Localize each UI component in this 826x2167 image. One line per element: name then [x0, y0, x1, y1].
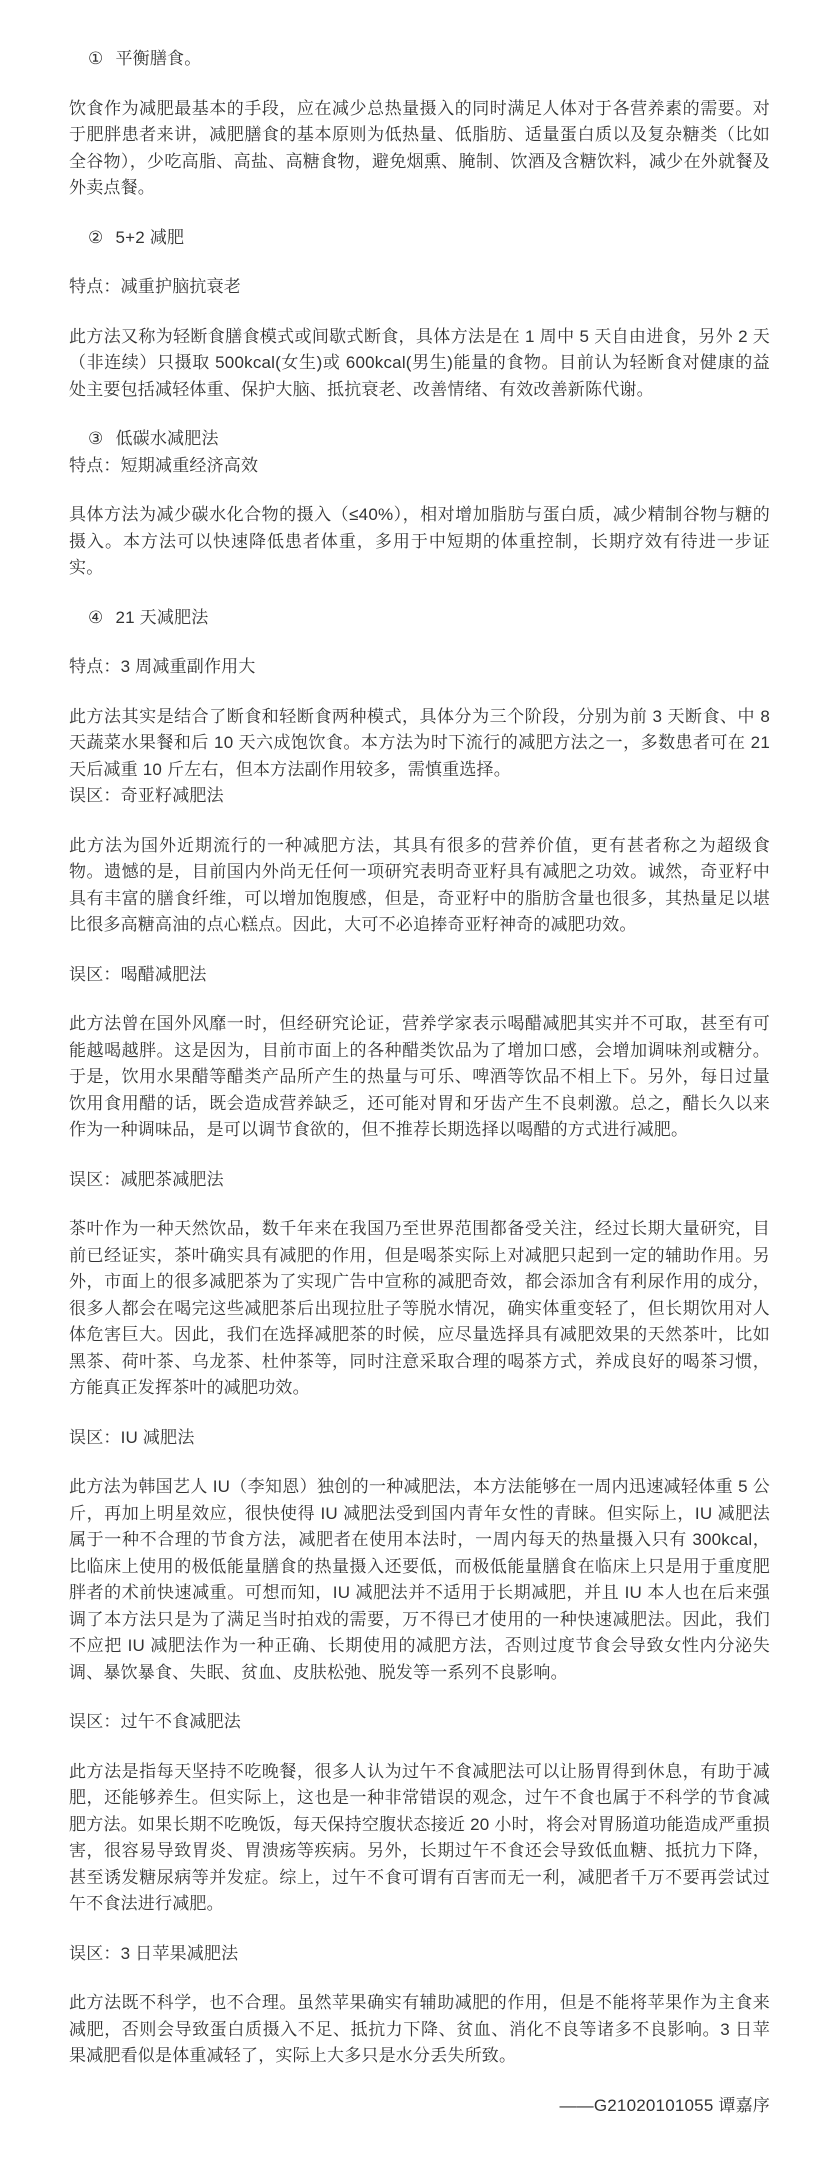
misconception-heading: 误区：减肥茶减肥法 — [69, 1167, 770, 1194]
numbered-heading: ④21 天减肥法 — [69, 605, 770, 632]
document-page: ①平衡膳食。饮食作为减肥最基本的手段，应在减少总热量摄入的同时满足人体对于各营养… — [0, 0, 826, 2167]
numbered-heading: ②5+2 减肥 — [69, 225, 770, 252]
paragraph: 茶叶作为一种天然饮品，数千年来在我国乃至世界范围都备受关注，经过长期大量研究，目… — [69, 1216, 770, 1402]
misconception-heading: 误区：3 日苹果减肥法 — [69, 1941, 770, 1968]
heading-number: ④ — [88, 605, 103, 632]
feature-line: 特点：减重护脑抗衰老 — [69, 274, 770, 301]
misconception-heading: 误区：喝醋减肥法 — [69, 962, 770, 989]
heading-text: 平衡膳食。 — [115, 49, 201, 68]
paragraph: 此方法又称为轻断食膳食模式或间歇式断食，具体方法是在 1 周中 5 天自由进食，… — [69, 324, 770, 404]
heading-text: 21 天减肥法 — [115, 608, 208, 627]
heading-number: ③ — [88, 426, 103, 453]
paragraph: 饮食作为减肥最基本的手段，应在减少总热量摄入的同时满足人体对于各营养素的需要。对… — [69, 96, 770, 202]
paragraph: 此方法为韩国艺人 IU（李知恩）独创的一种减肥法，本方法能够在一周内迅速减轻体重… — [69, 1474, 770, 1686]
feature-line: 特点：短期减重经济高效 — [69, 453, 770, 480]
paragraph: 此方法为国外近期流行的一种减肥方法，其具有很多的营养价值，更有甚者称之为超级食物… — [69, 833, 770, 939]
heading-text: 低碳水减肥法 — [115, 429, 218, 448]
misconception-heading: 误区：IU 减肥法 — [69, 1425, 770, 1452]
heading-text: 5+2 减肥 — [115, 228, 184, 247]
paragraph: 此方法既不科学，也不合理。虽然苹果确实有辅助减肥的作用，但是不能将苹果作为主食来… — [69, 1990, 770, 2070]
paragraph: 此方法曾在国外风靡一时，但经研究论证，营养学家表示喝醋减肥其实并不可取，甚至有可… — [69, 1011, 770, 1144]
paragraph: 此方法其实是结合了断食和轻断食两种模式，具体分为三个阶段，分别为前 3 天断食、… — [69, 704, 770, 784]
heading-number: ② — [88, 225, 103, 252]
feature-line: 特点：3 周减重副作用大 — [69, 654, 770, 681]
numbered-heading: ①平衡膳食。 — [69, 46, 770, 73]
misconception-heading: 误区：过午不食减肥法 — [69, 1709, 770, 1736]
paragraph: 具体方法为减少碳水化合物的摄入（≤40%），相对增加脂肪与蛋白质，减少精制谷物与… — [69, 502, 770, 582]
heading-number: ① — [88, 46, 103, 73]
paragraph: 此方法是指每天坚持不吃晚餐，很多人认为过午不食减肥法可以让肠胃得到休息，有助于减… — [69, 1759, 770, 1918]
misconception-heading: 误区：奇亚籽减肥法 — [69, 783, 770, 810]
author-signature: ——G21020101055 谭嘉序 — [69, 2093, 770, 2120]
numbered-heading: ③低碳水减肥法 — [69, 426, 770, 453]
